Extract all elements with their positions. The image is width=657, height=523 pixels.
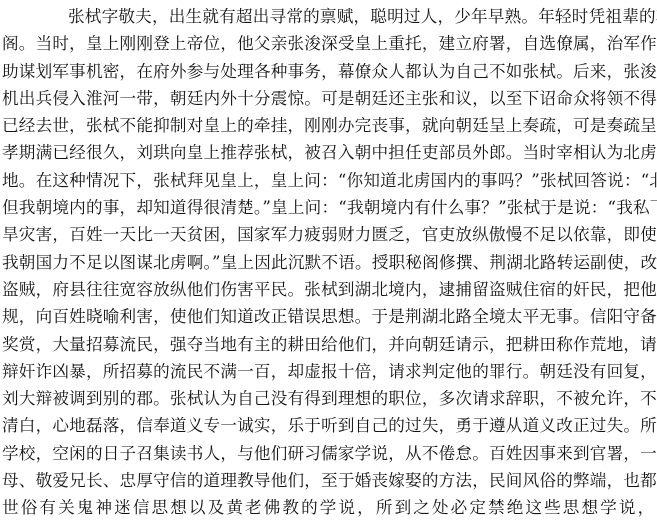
text-line: 但我朝境内的事，却知道得很清楚。”皇上问：“我朝境内有什么事？”张栻于是说：“我… <box>2 194 654 221</box>
text-line: 机出兵侵入淮河一带，朝廷内外十分震惊。可是朝廷还主张和议，以至下诏命众将领不得率… <box>2 85 654 112</box>
text-line: 辩奸诈凶暴，所招募的流民不满一百，却虚报十倍，请求判定他的罪行。朝廷没有回复，张… <box>2 358 654 385</box>
text-line: 世俗有关鬼神迷信思想以及黄老佛教的学说，所到之处必定禁绝这些思想学说，毁弃滥建的… <box>2 494 654 521</box>
text-line: 助谋划军事机密，在府外参与处理各种事务，幕僚众人都认为自己不如张栻。后来，张浚辞… <box>2 58 654 85</box>
text-line: 张栻字敬夫，出生就有超出寻常的禀赋，聪明过人，少年早熟。年轻时凭祖辈的功荫充任右… <box>2 3 654 30</box>
text-line: 学校，空闲的日子召集读书人，与他们研习儒家学说，从不倦怠。百姓因事来到官署，一定… <box>2 440 654 467</box>
text-line: 奖赏，大量招募流民，强夺当地有主的耕田给他们，并向朝廷请示，把耕田称作荒地，请求… <box>2 331 654 358</box>
text-line: 我朝国力不足以图谋北虏啊。”皇上因此沉默不语。授职秘阁修撰、荆湖北路转运副使，改… <box>2 249 654 276</box>
text-line: 孝期满已经很久，刘珙向皇上推荐张栻，被召入朝中担任吏部员外郎。当时宰相认为北虏势… <box>2 139 654 166</box>
text-line: 盗贼，府县往往宽容放纵他们伤害平民。张栻到湖北境内，逮捕留盗贼住宿的奸民，把他们… <box>2 276 654 303</box>
text-line: 已经去世，张栻不能抑制对皇上的牵挂，刚刚办完丧事，就向朝廷呈上奏疏，可是奏疏呈上… <box>2 112 654 139</box>
document-page: 张栻字敬夫，出生就有超出寻常的禀赋，聪明过人，少年早熟。年轻时凭祖辈的功荫充任右… <box>2 3 654 522</box>
text-line: 旱灾害，百姓一天比一天贫困，国家军力疲弱财力匮乏，官吏放纵傲慢不足以依靠，即使北… <box>2 221 654 248</box>
text-line: 阁。当时，皇上刚刚登上帝位，他父亲张浚深受皇上重托，建立府署，自选僚属，治军作战… <box>2 30 654 57</box>
text-line: 地。在这种情况下，张栻拜见皇上，皇上问：“你知道北虏国内的事吗？”张栻回答说：“… <box>2 167 654 194</box>
biography-paragraph: 张栻字敬夫，出生就有超出寻常的禀赋，聪明过人，少年早熟。年轻时凭祖辈的功荫充任右… <box>2 3 654 522</box>
text-line: 刘大辩被调到别的郡。张栻认为自己没有得到理想的职位，多次请求辞职，不被允许，不久… <box>2 385 654 412</box>
text-line: 规，向百姓晓喻利害，使他们知道改正错误思想。于是荆湖北路全境太平无事。信阳守备刘… <box>2 303 654 330</box>
text-line: 母、敬爱兄长、忠厚守信的道理教导他们，至于婚丧嫁娶的方法，民间风俗的弊端，也都制… <box>2 467 654 494</box>
text-line: 清白，心地磊落，信奉道义专一诚实，乐于听到自己的过失，勇于遵从道义改正过失。所到… <box>2 412 654 439</box>
